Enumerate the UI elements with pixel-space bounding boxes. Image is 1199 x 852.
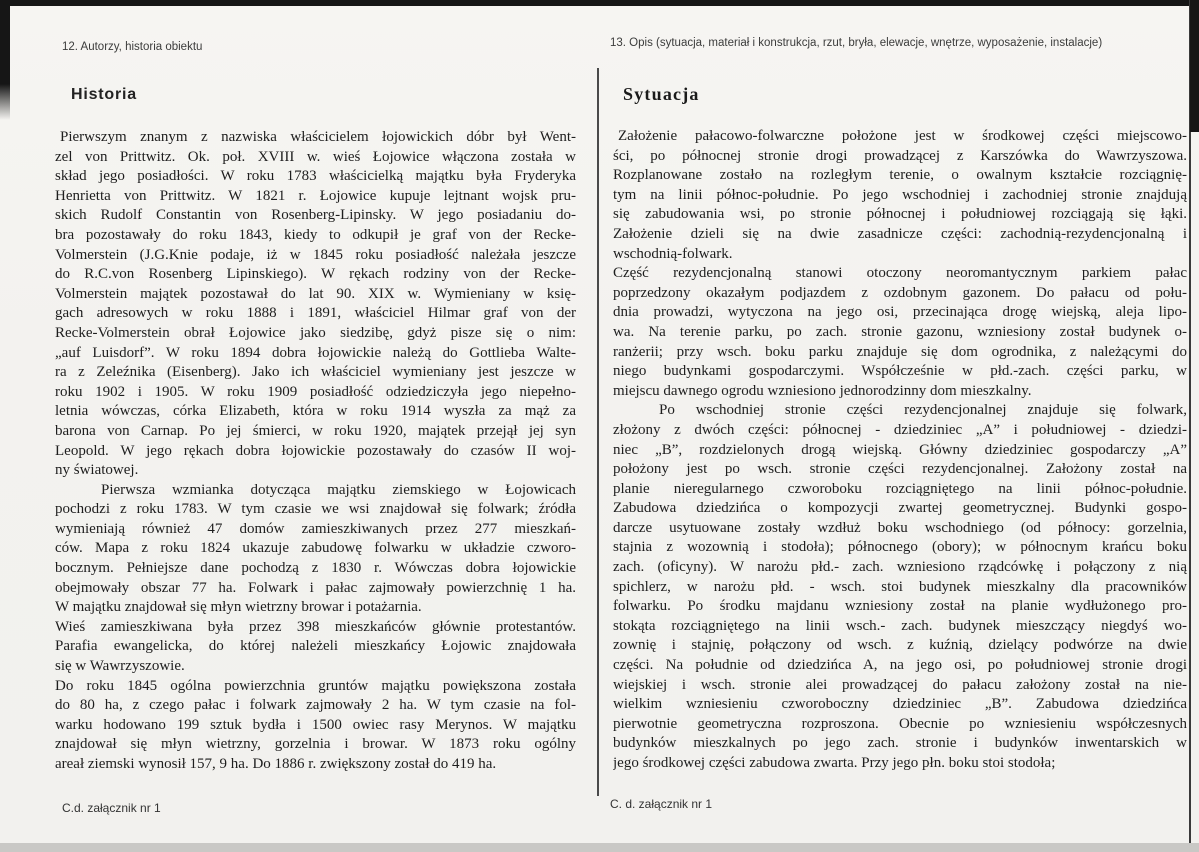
text-line: poprzedzony okazałym podjazdem z ozdobny… — [613, 284, 1187, 304]
text-line: ranżerii; przy wsch. boku parku znajduje… — [613, 343, 1187, 363]
page-right-header: 13. Opis (sytuacja, materiał i konstrukc… — [610, 37, 1102, 49]
text-line: jego środkowej części zabudowa zwarta. P… — [613, 754, 1187, 774]
text-line: wa. Na terenie parku, po zach. stronie g… — [613, 323, 1187, 343]
text-line: stajnia z wozownią i stodoła); północneg… — [613, 538, 1187, 558]
text-line: położony jest po wsch. stronie części re… — [613, 460, 1187, 480]
text-line: Pierwsza wzmianka dotycząca majątku ziem… — [55, 481, 576, 501]
text-line: zach. (oficyny). W narożu płd.- zach. wz… — [613, 558, 1187, 578]
text-line: miejscu dawnego ogrodu wzniesiono jednor… — [613, 382, 1187, 402]
text-line: obejmowały obszar 77 ha. Folwark i pałac… — [55, 579, 576, 599]
scan-edge-left — [0, 0, 10, 120]
scan-edge-bottom — [0, 843, 1199, 852]
scan-edge-top — [0, 0, 1199, 6]
text-line: Pierwszym znanym z nazwiska właścicielem… — [55, 128, 576, 148]
text-line: skład jego posiadłości. W roku 1783 właś… — [55, 167, 576, 187]
text-line: Po wschodniej stronie części rezydencjon… — [613, 401, 1187, 421]
text-line: zel von Prittwitz. Ok. poł. XVIII w. wie… — [55, 148, 576, 168]
page-left-body: Pierwszym znanym z nazwiska właścicielem… — [55, 128, 576, 778]
text-line: gach adresowych w roku 1888 i 1891, właś… — [55, 304, 576, 324]
text-line: niec „B”, rozdzielonych drogą wiejską. G… — [613, 441, 1187, 461]
text-line: Do roku 1845 ogólna powierzchnia gruntów… — [55, 677, 576, 697]
text-line: zownię i stajnię, połączony od wsch. z k… — [613, 636, 1187, 656]
text-line: letnia wówczas, córka Elizabeth, która w… — [55, 402, 576, 422]
text-line: wiejskiej i wsch. stronie alei prowadząc… — [613, 676, 1187, 696]
text-line: ra z Zeleźnika (Eisenberg). Jako ich wła… — [55, 363, 576, 383]
text-line: budynków mieszkalnych po jego zach. stro… — [613, 734, 1187, 754]
text-line: Rozplanowane zostało na rozległym tereni… — [613, 166, 1187, 186]
text-line: Założenie dzieli się na dwie zasadnicze … — [613, 225, 1187, 245]
text-line: Recke-Volmerstein obrał Łojowice jako si… — [55, 324, 576, 344]
text-line: W majątku znajdował się młyn wietrzny br… — [55, 598, 576, 618]
text-line: areał ziemski wynosił 157, 9 ha. Do 1886… — [55, 755, 576, 775]
text-line: planie nieregularnego czworoboku rozciąg… — [613, 480, 1187, 500]
text-line: dnia prowadzi, wytyczona na jego osi, pr… — [613, 303, 1187, 323]
text-line: Leopold. W jego rękach dobra łojowickie … — [55, 442, 576, 462]
text-line: Wieś zamieszkiwana była przez 398 mieszk… — [55, 618, 576, 638]
page-left-title: Historia — [71, 86, 137, 104]
text-line: barona von Carnap. Po jej śmierci, w rok… — [55, 422, 576, 442]
text-line: znajdował się młyn wietrzny, gorzelnia i… — [55, 735, 576, 755]
page-divider — [597, 68, 599, 796]
text-line: Henrietta von Prittwitz. W 1821 r. Łojow… — [55, 187, 576, 207]
text-line: Volmerstein majątek pozostawał do lat 90… — [55, 285, 576, 305]
text-line: bra pozostawały do roku 1843, kiedy to o… — [55, 226, 576, 246]
text-line: Zabudowa dziedzińca o kompozycji zwartej… — [613, 499, 1187, 519]
text-line: roku 1902 i 1905. W roku 1909 posiadłość… — [55, 383, 576, 403]
text-line: „auf Luisdorf”. W roku 1894 dobra łojowi… — [55, 344, 576, 364]
text-line: Założenie pałacowo-folwarczne położone j… — [613, 127, 1187, 147]
page-right-title: Sytuacja — [623, 84, 700, 105]
page-right-footer: C. d. załącznik nr 1 — [610, 797, 712, 811]
text-line: się w Wawrzyszowie. — [55, 657, 576, 677]
text-line: ców. Mapa z roku 1824 ukazuje zabudowę f… — [55, 539, 576, 559]
page-left-footer: C.d. załącznik nr 1 — [62, 801, 161, 815]
text-line: wymieniają również 47 domów zamieszkiwan… — [55, 520, 576, 540]
text-line: skich Rudolf Constantin von Rosenberg-Li… — [55, 206, 576, 226]
text-line: niego budynkami gospodarczymi. Współcześ… — [613, 362, 1187, 382]
text-line: spichlerz, w narożu płd. - wsch. stoi bu… — [613, 578, 1187, 598]
scanned-document: 12. Autorzy, historia obiektu Historia P… — [0, 0, 1199, 852]
text-line: wschodnią-folwark. — [613, 245, 1187, 265]
text-line: części. Na południe od dziedzińca A, na … — [613, 656, 1187, 676]
text-line: folwarku. Po środku majdanu wzniesiony z… — [613, 597, 1187, 617]
text-line: Volmerstein (J.G.Knie podaje, iż w 1845 … — [55, 246, 576, 266]
text-line: ści, po północnej stronie drogi prowadzą… — [613, 147, 1187, 167]
page-right-body: Założenie pałacowo-folwarczne położone j… — [613, 127, 1187, 777]
text-line: się zabudowania wsi, po stronie północne… — [613, 205, 1187, 225]
scan-edge-right-block — [1190, 0, 1199, 132]
text-line: do 80 ha, z czego pałac i folwark zajmow… — [55, 696, 576, 716]
text-line: wielkim wzniesieniu czworoboczny dziedzi… — [613, 695, 1187, 715]
text-line: pochodzi z roku 1783. W tym czasie we ws… — [55, 500, 576, 520]
text-line: warku hodowano 199 sztuk bydła i 1500 ow… — [55, 716, 576, 736]
text-line: stokąta rozciągniętego na linii wsch.- z… — [613, 617, 1187, 637]
text-line: ny światowej. — [55, 461, 576, 481]
text-line: Część rezydencjonalną stanowi otoczony n… — [613, 264, 1187, 284]
text-line: darcze usytuowane zostały wzdłuż boku ws… — [613, 519, 1187, 539]
page-left-header: 12. Autorzy, historia obiektu — [62, 41, 202, 53]
text-line: pierwotnie geometryczna rozproszona. Obe… — [613, 715, 1187, 735]
text-line: bocznym. Pełniejsze dane pochodzą z 1830… — [55, 559, 576, 579]
text-line: Parafia ewangelicka, do której należeli … — [55, 637, 576, 657]
text-line: złożony z dwóch części: północnej - dzie… — [613, 421, 1187, 441]
text-line: do R.C.von Rosenberg Lipinskiego). W ręk… — [55, 265, 576, 285]
text-line: tym na linii północ-południe. Po jego ws… — [613, 186, 1187, 206]
